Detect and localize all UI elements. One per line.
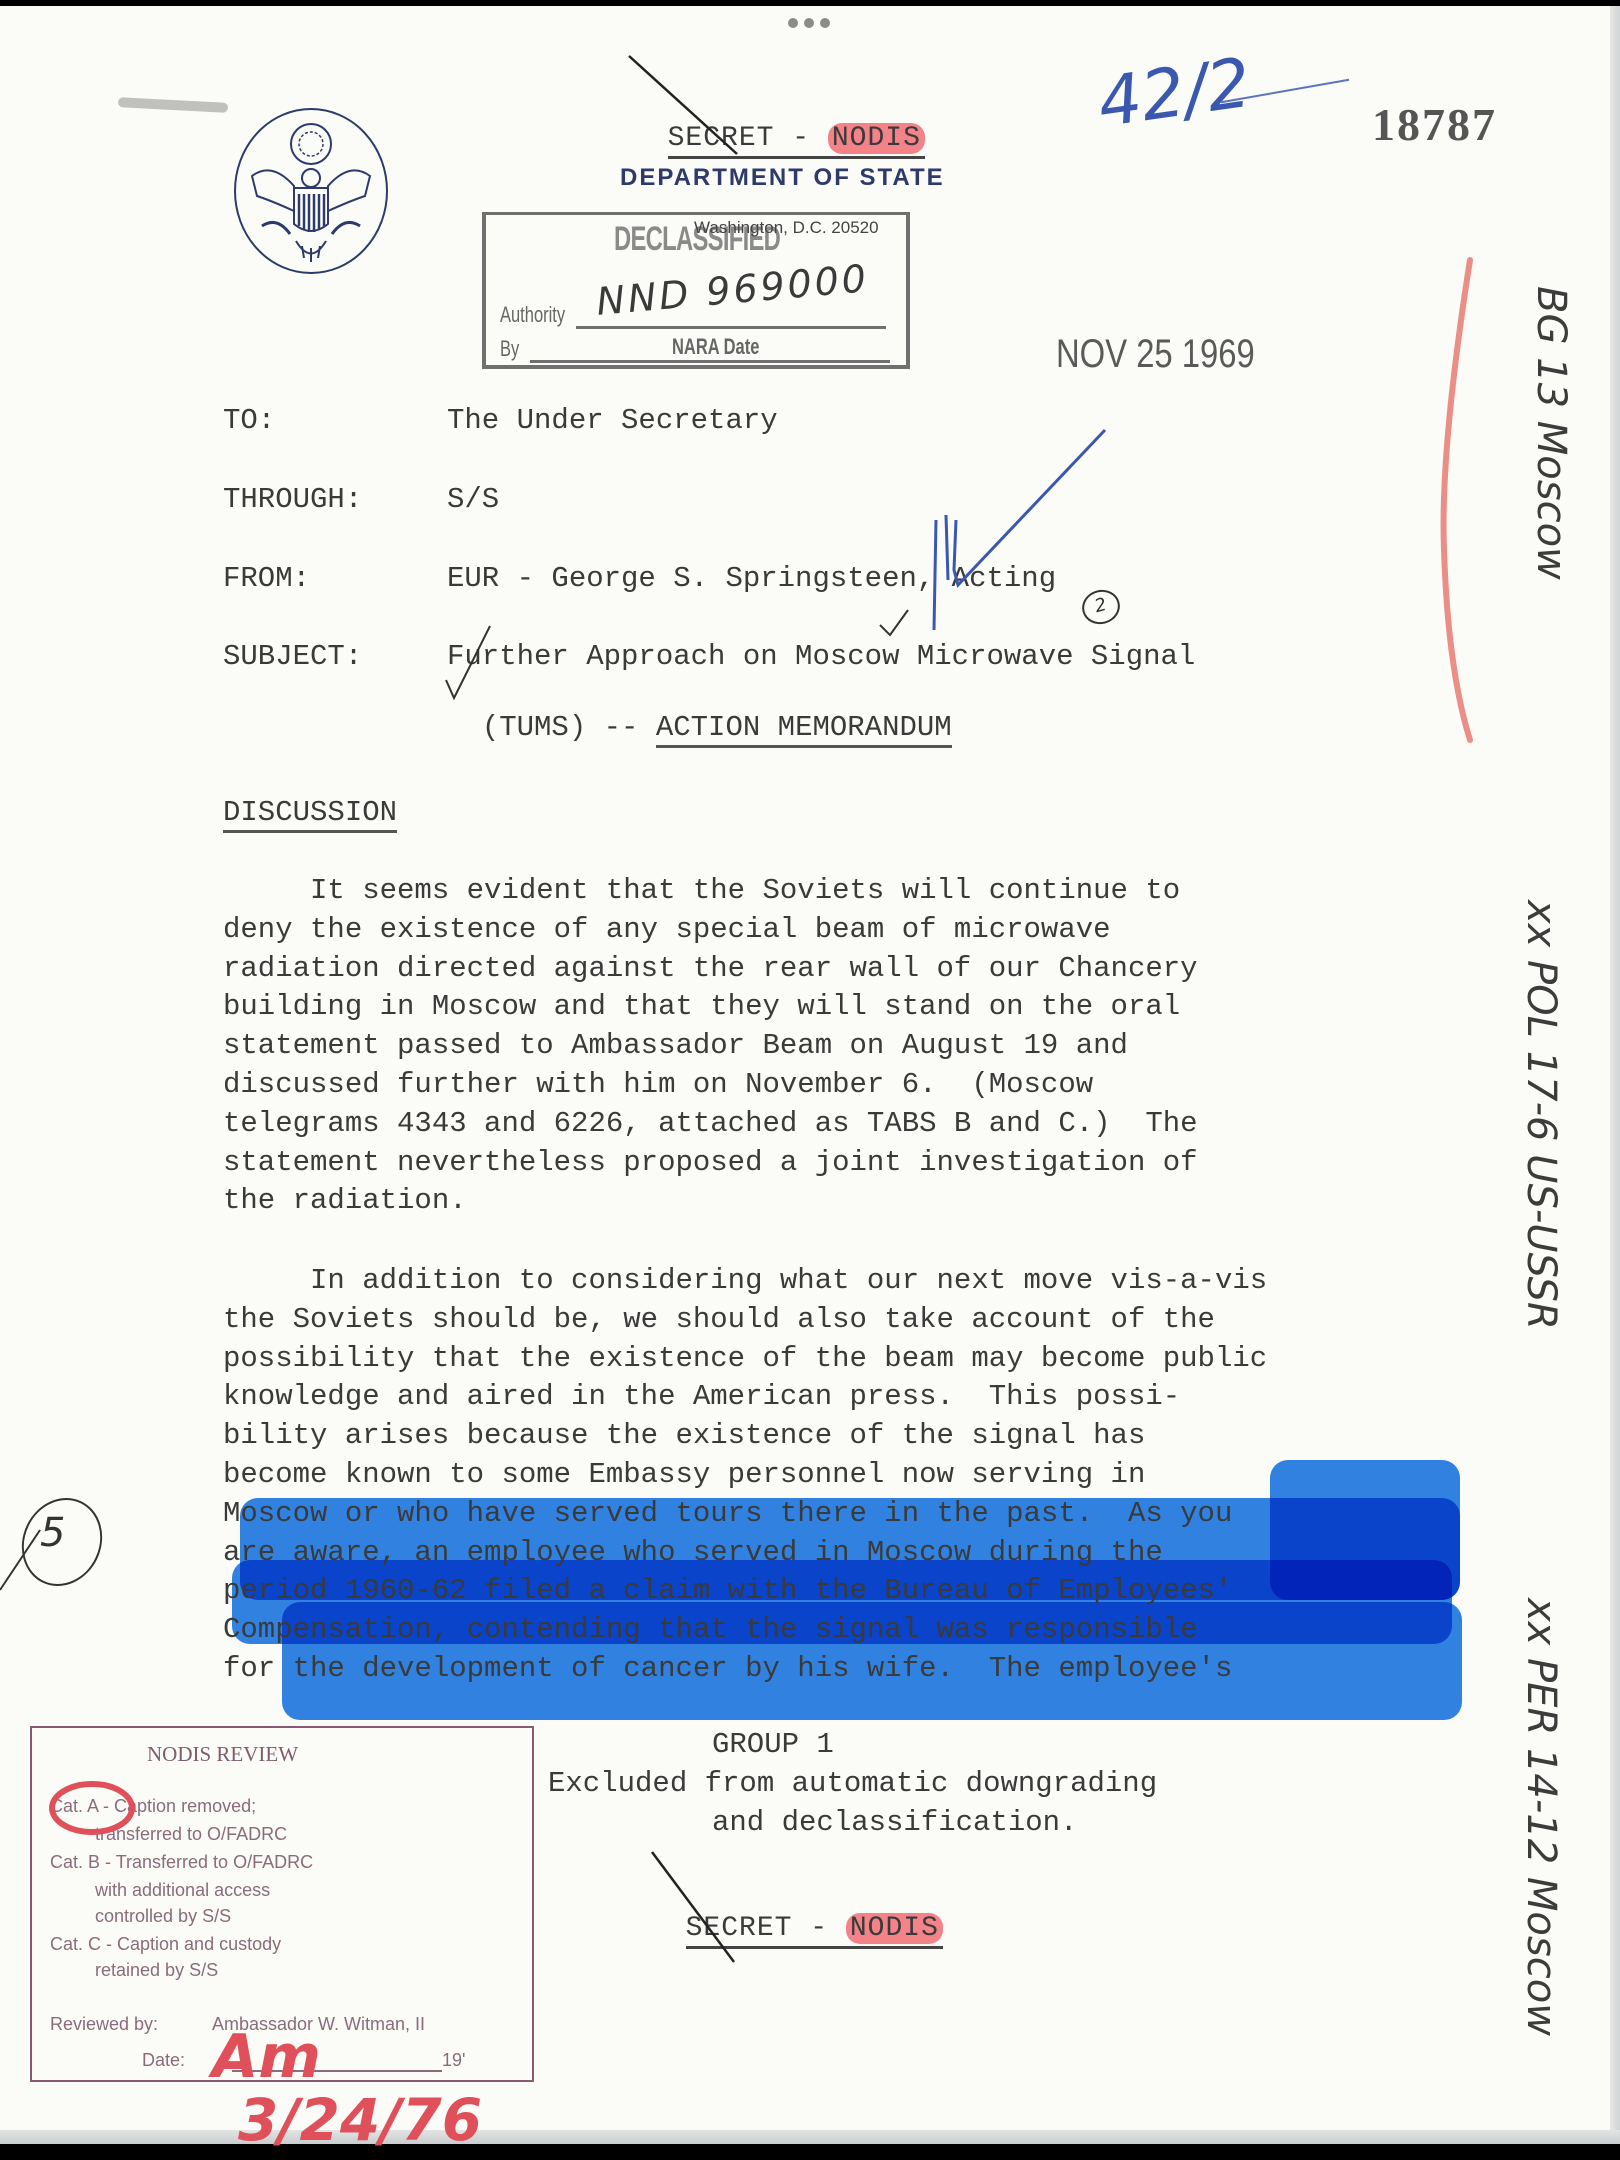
paragraph-line: telegrams 4343 and 6226, attached as TAB… bbox=[223, 1105, 1198, 1144]
paragph-2: In addition to considering what our next… bbox=[223, 1262, 1267, 1689]
date-label: Date: bbox=[142, 2050, 185, 2071]
red-pencil-line bbox=[1430, 250, 1490, 750]
review-date-handwritten: 3/24/76 bbox=[238, 2086, 482, 2154]
paragraph-line: are aware, an employee who served in Mos… bbox=[223, 1534, 1267, 1573]
paragraph-line: knowledge and aired in the American pres… bbox=[223, 1378, 1267, 1417]
group-1: GROUP 1 bbox=[712, 1726, 834, 1765]
from-label: FROM: bbox=[223, 562, 310, 595]
paragraph-line: deny the existence of any special beam o… bbox=[223, 911, 1198, 950]
action-memorandum: ACTION MEMORANDUM bbox=[656, 711, 952, 748]
to-label: TO: bbox=[223, 404, 275, 437]
paragraph-line: discussed further with him on November 6… bbox=[223, 1066, 1198, 1105]
paragraph-line: Compensation, contending that the signal… bbox=[223, 1611, 1267, 1650]
reviewer-initials: Am bbox=[212, 2022, 321, 2092]
paragraph-line: period 1960-62 filed a claim with the Bu… bbox=[223, 1572, 1267, 1611]
paragraph-line: building in Moscow and that they will st… bbox=[223, 988, 1198, 1027]
paragraph-1: It seems evident that the Soviets will c… bbox=[223, 872, 1198, 1221]
paragraph-line: In addition to considering what our next… bbox=[223, 1262, 1267, 1301]
to-value: The Under Secretary bbox=[447, 404, 778, 437]
margin-note-file-1: BG 13 Moscow bbox=[1528, 286, 1574, 580]
paragraph-line: possibility that the existence of the be… bbox=[223, 1340, 1267, 1379]
paragraph-line: bility arises because the existence of t… bbox=[223, 1417, 1267, 1456]
check-mark bbox=[440, 620, 500, 710]
review-line: Cat. B - Transferred to O/FADRC bbox=[50, 1852, 313, 1873]
review-line: Cat. C - Caption and custody bbox=[50, 1934, 281, 1955]
category-circle bbox=[46, 1778, 146, 1838]
subject-label: SUBJECT: bbox=[223, 640, 362, 673]
margin-note-file-3: xx PER 14-12 Moscow bbox=[1518, 1598, 1564, 2036]
through-label: THROUGH: bbox=[223, 483, 362, 516]
nara-date-label: NARA Date bbox=[672, 334, 759, 360]
address: Washington, D.C. 20520 bbox=[694, 218, 879, 238]
paragraph-line: for the development of cancer by his wif… bbox=[223, 1650, 1267, 1689]
reviewed-by-label: Reviewed by: bbox=[50, 2014, 158, 2035]
great-seal-icon bbox=[232, 106, 390, 276]
paragraph-line: statement passed to Ambassador Beam on A… bbox=[223, 1027, 1198, 1066]
strike-mark bbox=[648, 1848, 738, 1968]
by-label: By bbox=[500, 336, 519, 362]
authority-underline bbox=[576, 326, 886, 329]
exclusion-line-1: Excluded from automatic downgrading bbox=[548, 1765, 1157, 1804]
paragraph-line: Moscow or who have served tours there in… bbox=[223, 1495, 1267, 1534]
paragraph-line: radiation directed against the rear wall… bbox=[223, 950, 1198, 989]
more-dots-icon[interactable] bbox=[788, 18, 830, 28]
nodis-review-title: NODIS REVIEW bbox=[147, 1742, 298, 1767]
exclusion-line-2: and declassification. bbox=[712, 1804, 1077, 1843]
authority-label: Authority bbox=[500, 302, 565, 328]
through-value: S/S bbox=[447, 483, 499, 516]
subject-value-line2: (TUMS) -- ACTION MEMORANDUM bbox=[447, 678, 952, 744]
date-stamp: NOV 25 1969 bbox=[1056, 332, 1255, 377]
discussion-heading: DISCUSSION bbox=[223, 796, 397, 833]
review-line: retained by S/S bbox=[50, 1960, 218, 1981]
date-suffix: 19' bbox=[442, 2050, 465, 2071]
paragraph-line: become known to some Embassy personnel n… bbox=[223, 1456, 1267, 1495]
review-line: with additional access bbox=[50, 1880, 270, 1901]
margin-note-file-2: xx POL 17-6 US-USSR bbox=[1518, 900, 1564, 1330]
strike-mark bbox=[625, 52, 745, 162]
paragraph-line: statement nevertheless proposed a joint … bbox=[223, 1144, 1198, 1183]
paragraph-line: the Soviets should be, we should also ta… bbox=[223, 1301, 1267, 1340]
paragraph-line: the radiation. bbox=[223, 1182, 1198, 1221]
by-underline bbox=[530, 360, 890, 363]
paragraph-line: It seems evident that the Soviets will c… bbox=[223, 872, 1198, 911]
review-line: controlled by S/S bbox=[50, 1906, 231, 1927]
circled-5-number: 5 bbox=[40, 1510, 65, 1556]
page-edge bbox=[1610, 6, 1620, 2144]
department-name: DEPARTMENT OF STATE bbox=[620, 164, 945, 192]
document-number: 18787 bbox=[1372, 98, 1497, 151]
